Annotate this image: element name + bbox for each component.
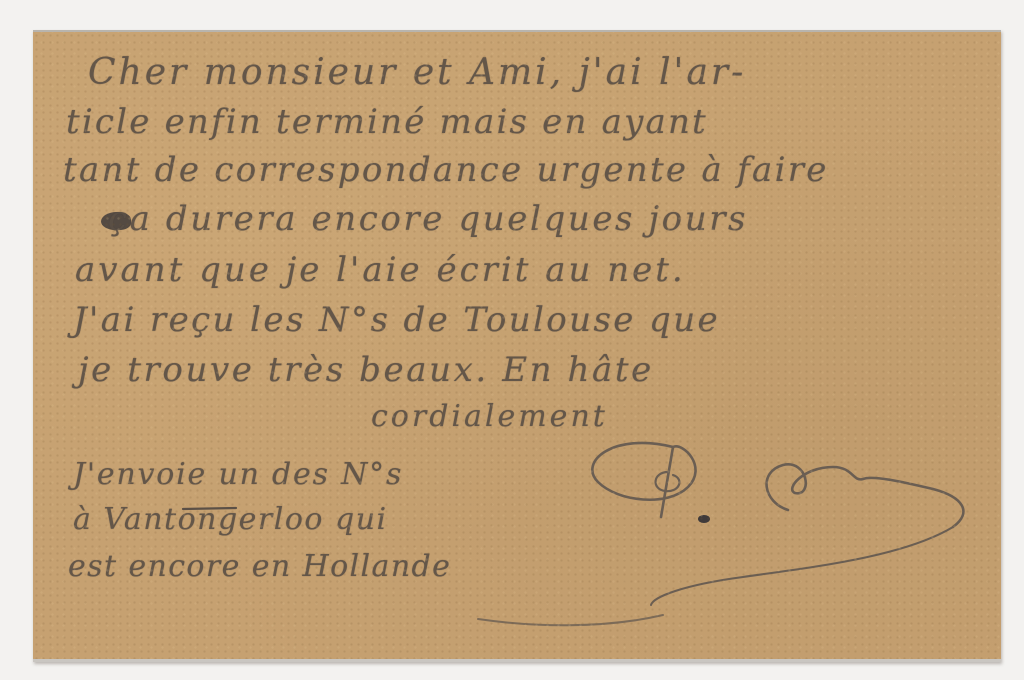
letter-line-3: tant de correspondance urgente à faire xyxy=(63,150,829,190)
letter-line-5: avant que je l'aie écrit au net. xyxy=(75,250,686,290)
signature-flourish-icon xyxy=(573,427,993,627)
letter-line-2: ticle enfin terminé mais en ayant xyxy=(66,102,708,142)
letter-line-7: je trouve très beaux. En hâte xyxy=(78,350,654,390)
letter-line-6: J'ai reçu les N°s de Toulouse que xyxy=(73,300,720,340)
underline-stroke-icon xyxy=(181,504,241,514)
postscript-line-3: est encore en Hollande xyxy=(68,549,451,584)
signature xyxy=(573,427,993,627)
letter-line-1: Cher monsieur et Ami, j'ai l'ar- xyxy=(88,52,746,93)
postscript-line-1: J'envoie un des N°s xyxy=(73,457,403,492)
photo-stage: Cher monsieur et Ami, j'ai l'ar- ticle e… xyxy=(0,0,1024,680)
letter-line-4: ça durera encore quelques jours xyxy=(108,199,748,239)
ink-stroke-icon xyxy=(473,607,673,637)
postcard: Cher monsieur et Ami, j'ai l'ar- ticle e… xyxy=(33,30,1001,662)
